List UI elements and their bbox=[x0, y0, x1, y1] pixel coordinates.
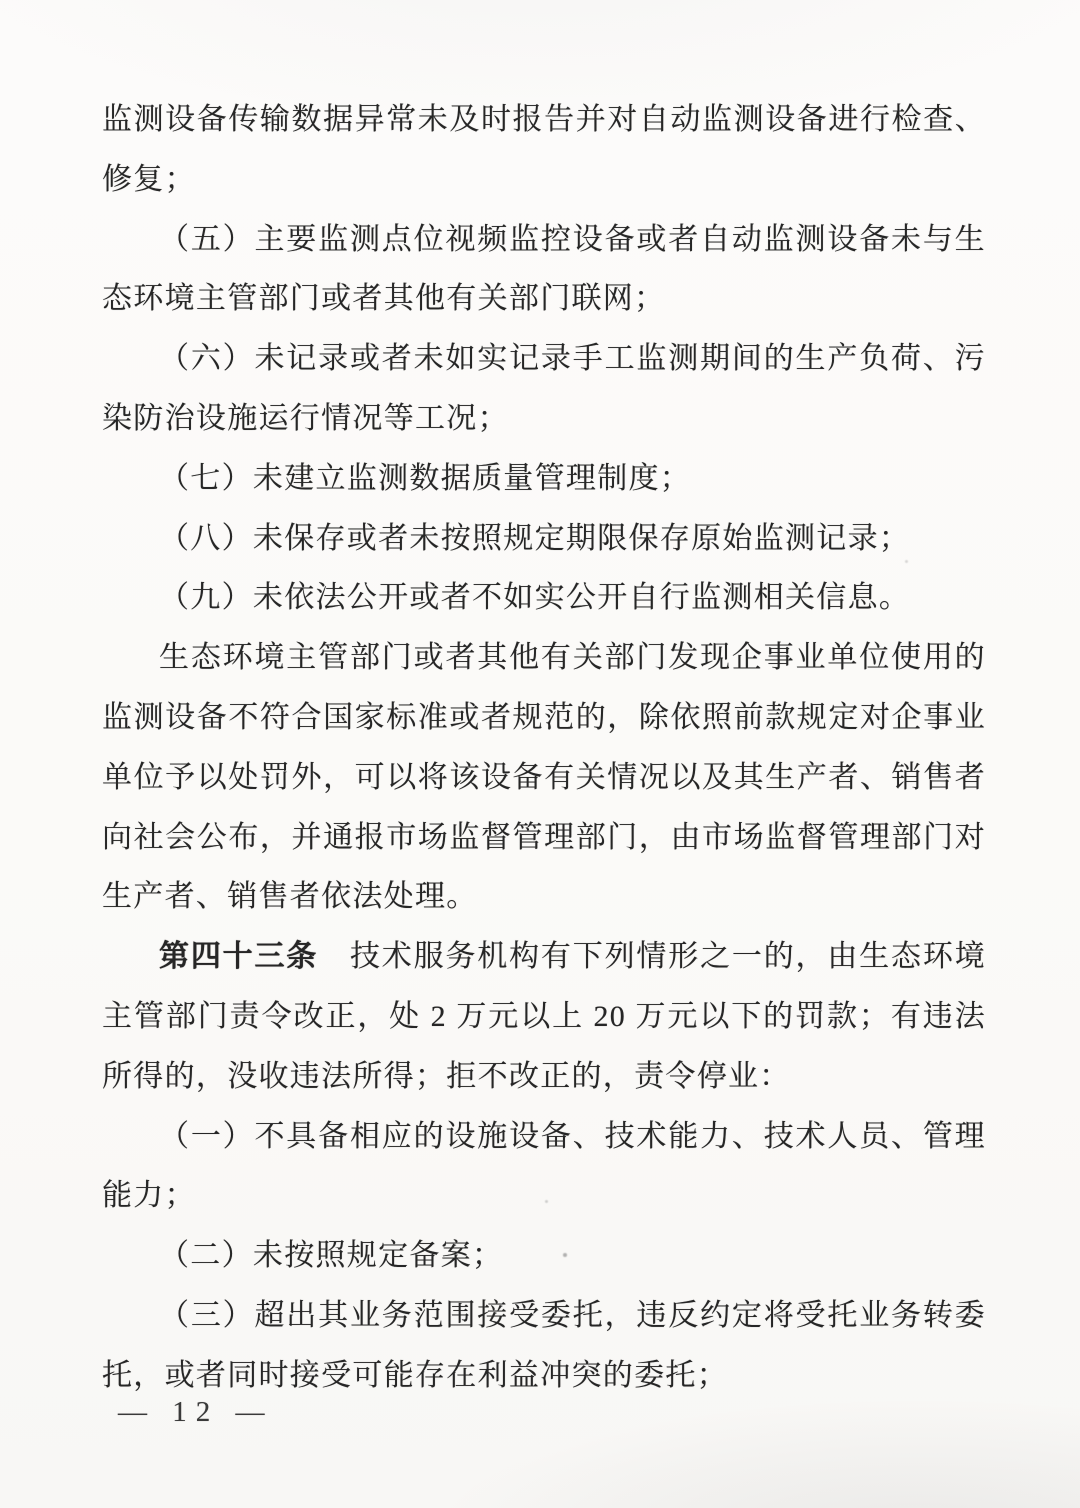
document-lines: 监测设备传输数据异常未及时报告并对自动监测设备进行检查、修复；（五）主要监测点位… bbox=[102, 90, 986, 1406]
text-line: 所得的，没收违法所得；拒不改正的，责令停业： bbox=[102, 1047, 986, 1107]
text-line: （九）未依法公开或者不如实公开自行监测相关信息。 bbox=[102, 568, 986, 628]
text-line: 修复； bbox=[102, 150, 986, 210]
text-line: 生态环境主管部门或者其他有关部门发现企事业单位使用的 bbox=[102, 628, 986, 688]
text-line: 主管部门责令改正，处 2 万元以上 20 万元以下的罚款；有违法 bbox=[102, 987, 986, 1047]
document-page: 监测设备传输数据异常未及时报告并对自动监测设备进行检查、修复；（五）主要监测点位… bbox=[0, 0, 1080, 1508]
text-line: （一）不具备相应的设施设备、技术能力、技术人员、管理 bbox=[102, 1107, 986, 1167]
text-line: 向社会公布，并通报市场监督管理部门，由市场监督管理部门对 bbox=[102, 808, 986, 868]
text-line: （七）未建立监测数据质量管理制度； bbox=[102, 449, 986, 509]
text-line: 态环境主管部门或者其他有关部门联网； bbox=[102, 269, 986, 329]
text-line: 单位予以处罚外，可以将该设备有关情况以及其生产者、销售者 bbox=[102, 748, 986, 808]
text-line: 染防治设施运行情况等工况； bbox=[102, 389, 986, 449]
text-line: 第四十三条 技术服务机构有下列情形之一的，由生态环境 bbox=[102, 927, 986, 987]
scan-speck bbox=[563, 1253, 567, 1257]
text-line: （六）未记录或者未如实记录手工监测期间的生产负荷、污 bbox=[102, 329, 986, 389]
scan-speck bbox=[905, 560, 908, 563]
text-line: 监测设备不符合国家标准或者规范的，除依照前款规定对企事业 bbox=[102, 688, 986, 748]
text-line: 监测设备传输数据异常未及时报告并对自动监测设备进行检查、 bbox=[102, 90, 986, 150]
scan-speck bbox=[545, 1200, 548, 1203]
text-line: （三）超出其业务范围接受委托，违反约定将受托业务转委 bbox=[102, 1286, 986, 1346]
page-number: — 12 — bbox=[118, 1396, 274, 1429]
text-line: （二）未按照规定备案； bbox=[102, 1226, 986, 1286]
text-line: 能力； bbox=[102, 1166, 986, 1226]
text-line: （五）主要监测点位视频监控设备或者自动监测设备未与生 bbox=[102, 210, 986, 270]
text-line: 生产者、销售者依法处理。 bbox=[102, 867, 986, 927]
article-number: 第四十三条 bbox=[159, 940, 318, 973]
text-line: （八）未保存或者未按照规定期限保存原始监测记录； bbox=[102, 509, 986, 569]
